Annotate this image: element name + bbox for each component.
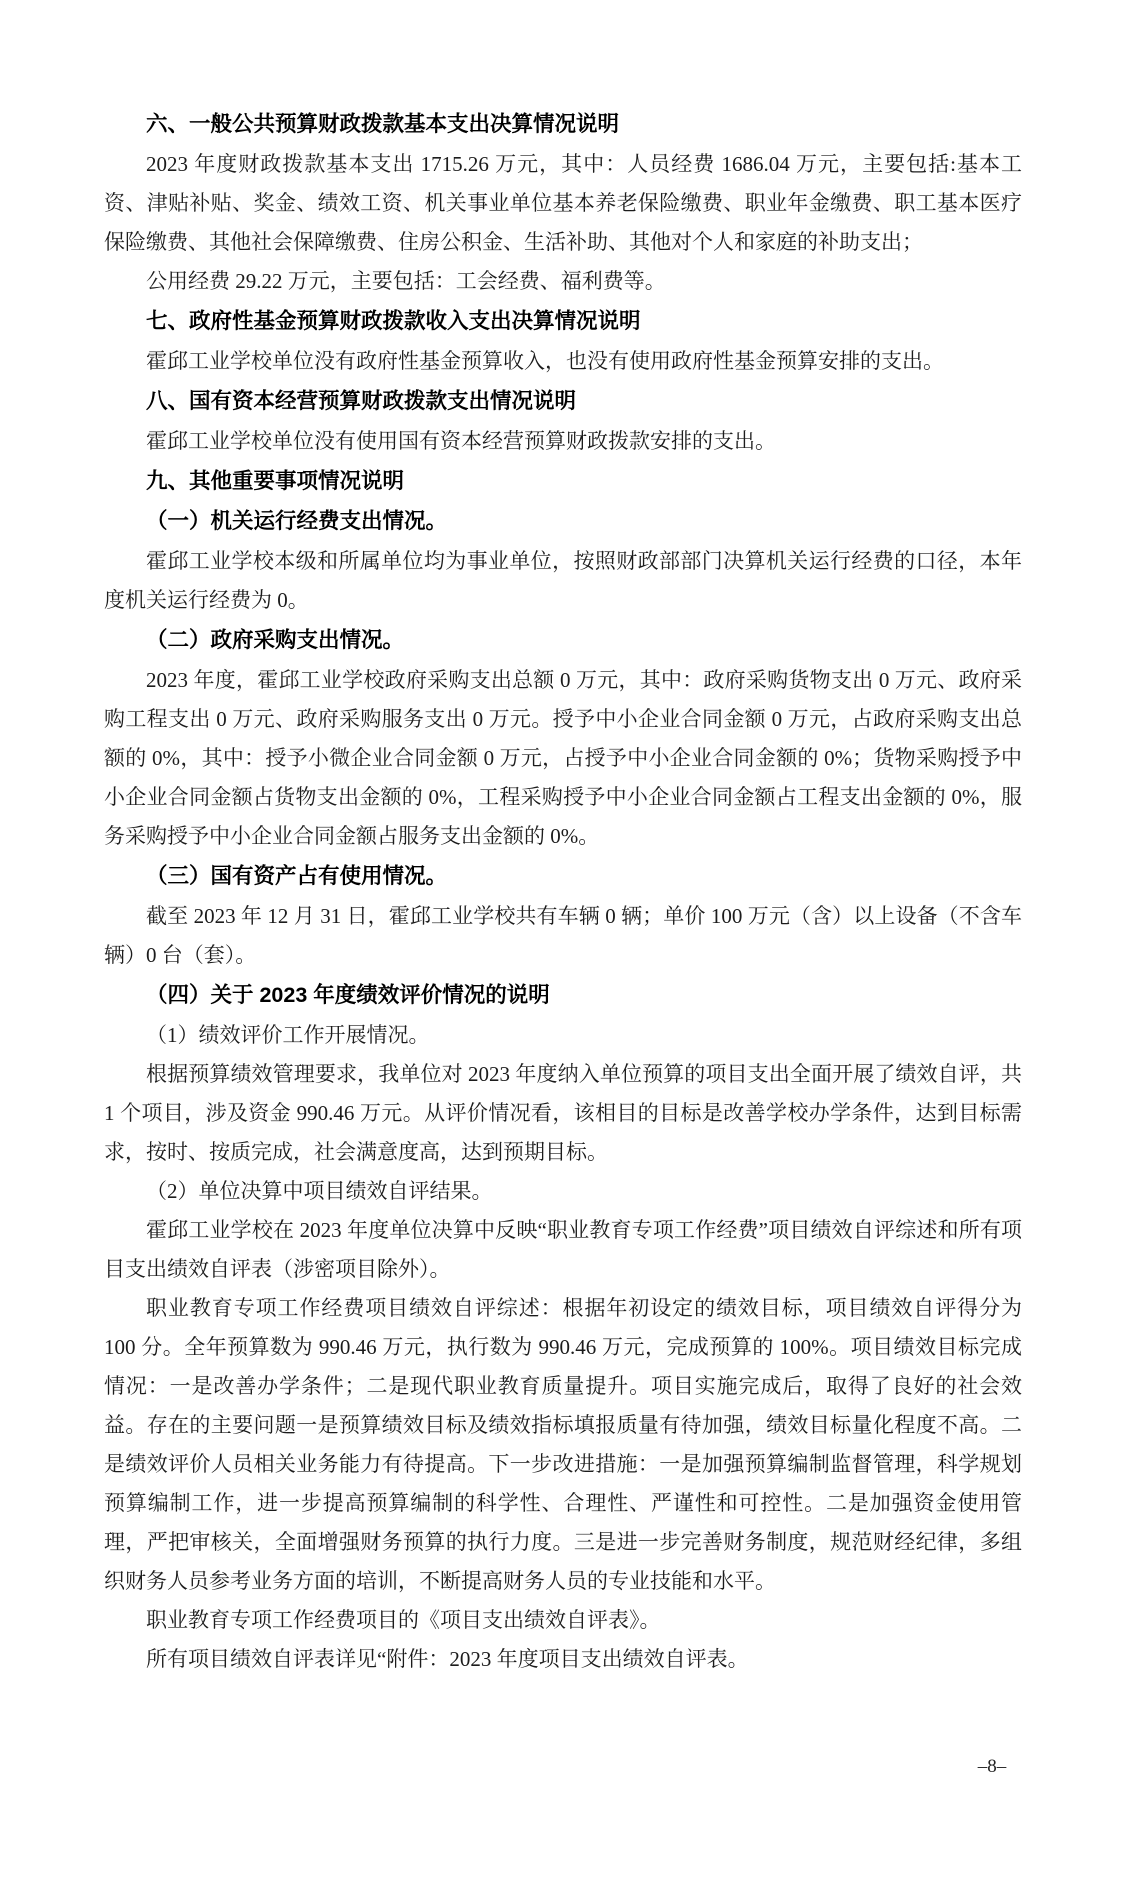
paragraph: 截至 2023 年 12 月 31 日，霍邱工业学校共有车辆 0 辆；单价 10… [104,897,1022,975]
subsection-heading-4: （四）关于 2023 年度绩效评价情况的说明 [104,976,1022,1015]
paragraph: （2）单位决算中项目绩效自评结果。 [104,1172,1022,1211]
paragraph: 2023 年度财政拨款基本支出 1715.26 万元，其中：人员经费 1686.… [104,145,1022,262]
paragraph: （1）绩效评价工作开展情况。 [104,1016,1022,1055]
paragraph: 2023 年度，霍邱工业学校政府采购支出总额 0 万元，其中：政府采购货物支出 … [104,661,1022,856]
page-number: –8– [952,1756,1032,1778]
paragraph: 霍邱工业学校单位没有使用国有资本经营预算财政拨款安排的支出。 [104,422,1022,461]
section-heading-7: 七、政府性基金预算财政拨款收入支出决算情况说明 [104,302,1022,341]
paragraph: 职业教育专项工作经费项目的《项目支出绩效自评表》。 [104,1601,1022,1640]
section-heading-6: 六、一般公共预算财政拨款基本支出决算情况说明 [104,105,1022,144]
subsection-heading-3: （三）国有资产占有使用情况。 [104,857,1022,896]
paragraph: 霍邱工业学校单位没有政府性基金预算收入，也没有使用政府性基金预算安排的支出。 [104,342,1022,381]
section-heading-9: 九、其他重要事项情况说明 [104,462,1022,501]
subsection-heading-1: （一）机关运行经费支出情况。 [104,502,1022,541]
document-page: 六、一般公共预算财政拨款基本支出决算情况说明 2023 年度财政拨款基本支出 1… [0,0,1122,1889]
paragraph: 公用经费 29.22 万元，主要包括：工会经费、福利费等。 [104,262,1022,301]
subsection-heading-2: （二）政府采购支出情况。 [104,621,1022,660]
document-content: 六、一般公共预算财政拨款基本支出决算情况说明 2023 年度财政拨款基本支出 1… [104,104,1022,1679]
paragraph: 职业教育专项工作经费项目绩效自评综述：根据年初设定的绩效目标，项目绩效自评得分为… [104,1289,1022,1601]
paragraph: 霍邱工业学校在 2023 年度单位决算中反映“职业教育专项工作经费”项目绩效自评… [104,1211,1022,1289]
paragraph: 霍邱工业学校本级和所属单位均为事业单位，按照财政部部门决算机关运行经费的口径，本… [104,542,1022,620]
section-heading-8: 八、国有资本经营预算财政拨款支出情况说明 [104,382,1022,421]
paragraph: 根据预算绩效管理要求，我单位对 2023 年度纳入单位预算的项目支出全面开展了绩… [104,1055,1022,1172]
paragraph: 所有项目绩效自评表详见“附件：2023 年度项目支出绩效自评表。 [104,1640,1022,1679]
